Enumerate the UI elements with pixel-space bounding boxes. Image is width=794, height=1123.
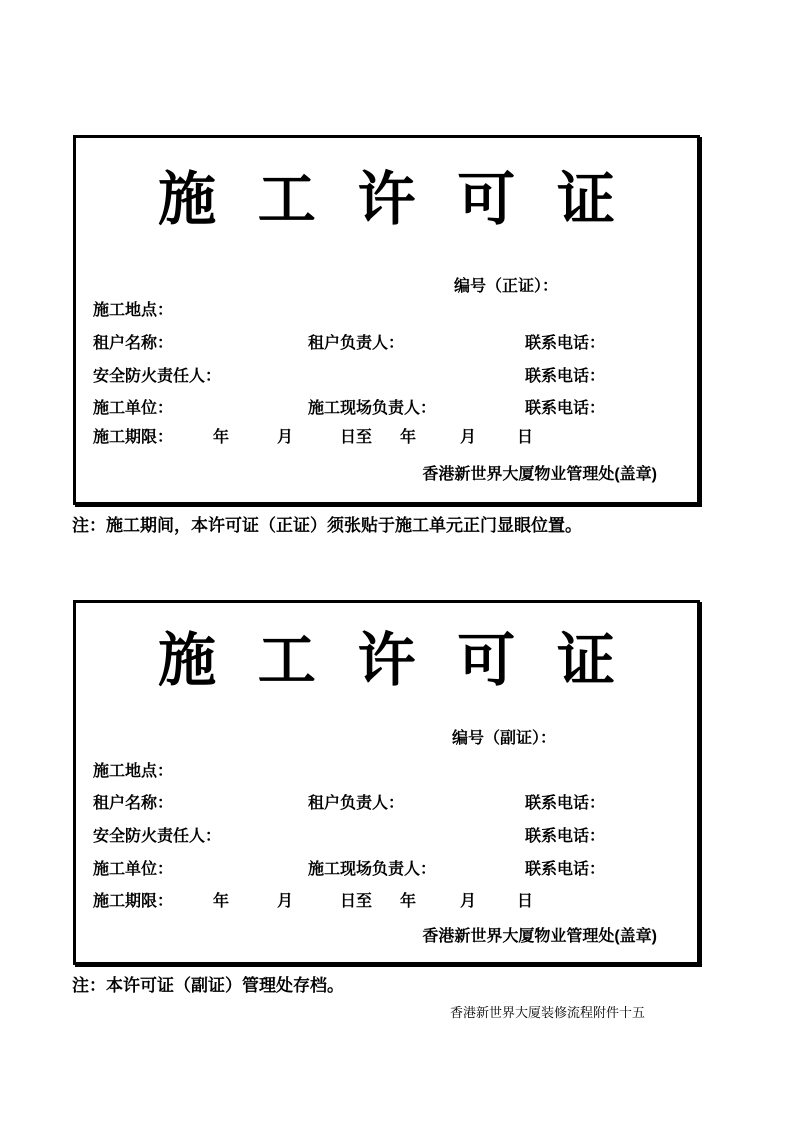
- note-original: 注：施工期间，本许可证（正证）须张贴于施工单元正门显眼位置。: [72, 516, 582, 536]
- period-day-to-label: 日至: [340, 429, 372, 447]
- permit-title-text: 施工许可证: [158, 628, 657, 693]
- field-label-phone: 联系电话：: [525, 335, 605, 353]
- field-label-contractor: 施工单位：: [93, 400, 173, 418]
- doc-footer: 香港新世界大厦装修流程附件十五: [450, 1002, 645, 1021]
- serial-label: 编号（正证）：: [454, 278, 558, 296]
- field-label-phone: 联系电话：: [525, 861, 605, 879]
- field-label-phone: 联系电话：: [525, 828, 605, 846]
- period-year-label: 年: [213, 893, 229, 911]
- permit-title-text: 施工许可证: [158, 167, 657, 232]
- period-month-label: 月: [460, 429, 476, 447]
- period-year-label: 年: [213, 429, 229, 447]
- field-label-site-manager: 施工现场负责人：: [308, 400, 436, 418]
- field-label-tenant-manager: 租户负责人：: [308, 335, 404, 353]
- field-label-phone: 联系电话：: [525, 400, 605, 418]
- stamp-line: 香港新世界大厦物业管理处(盖章): [422, 466, 657, 484]
- period-year-label: 年: [400, 893, 416, 911]
- permit-card-original: 施工许可证 编号（正证）： 施工地点： 租户名称： 租户负责人： 联系电话： 安…: [73, 135, 700, 505]
- field-label-period: 施工期限：: [93, 893, 173, 911]
- field-label-tenant-manager: 租户负责人：: [308, 795, 404, 813]
- period-month-label: 月: [277, 893, 293, 911]
- field-label-fire-safety-person: 安全防火责任人：: [93, 368, 221, 386]
- period-month-label: 月: [460, 893, 476, 911]
- field-label-location: 施工地点：: [93, 763, 173, 781]
- period-day-to-label: 日至: [340, 893, 372, 911]
- serial-label: 编号（副证）：: [452, 730, 556, 748]
- field-label-site-manager: 施工现场负责人：: [308, 861, 436, 879]
- period-day-label: 日: [517, 429, 533, 447]
- period-year-label: 年: [400, 429, 416, 447]
- field-label-phone: 联系电话：: [525, 795, 605, 813]
- field-label-contractor: 施工单位：: [93, 861, 173, 879]
- permit-card-copy: 施工许可证 编号（副证）： 施工地点： 租户名称： 租户负责人： 联系电话： 安…: [73, 600, 700, 965]
- field-label-phone: 联系电话：: [525, 368, 605, 386]
- stamp-line: 香港新世界大厦物业管理处(盖章): [422, 928, 657, 946]
- permit-title: 施工许可证: [76, 632, 697, 690]
- period-month-label: 月: [277, 429, 293, 447]
- field-label-fire-safety-person: 安全防火责任人：: [93, 828, 221, 846]
- permit-title: 施工许可证: [76, 171, 697, 229]
- field-label-period: 施工期限：: [93, 429, 173, 447]
- field-label-tenant-name: 租户名称：: [93, 335, 173, 353]
- field-label-location: 施工地点：: [93, 302, 173, 320]
- field-label-tenant-name: 租户名称：: [93, 795, 173, 813]
- period-day-label: 日: [517, 893, 533, 911]
- note-copy: 注：本许可证（副证）管理处存档。: [72, 976, 344, 996]
